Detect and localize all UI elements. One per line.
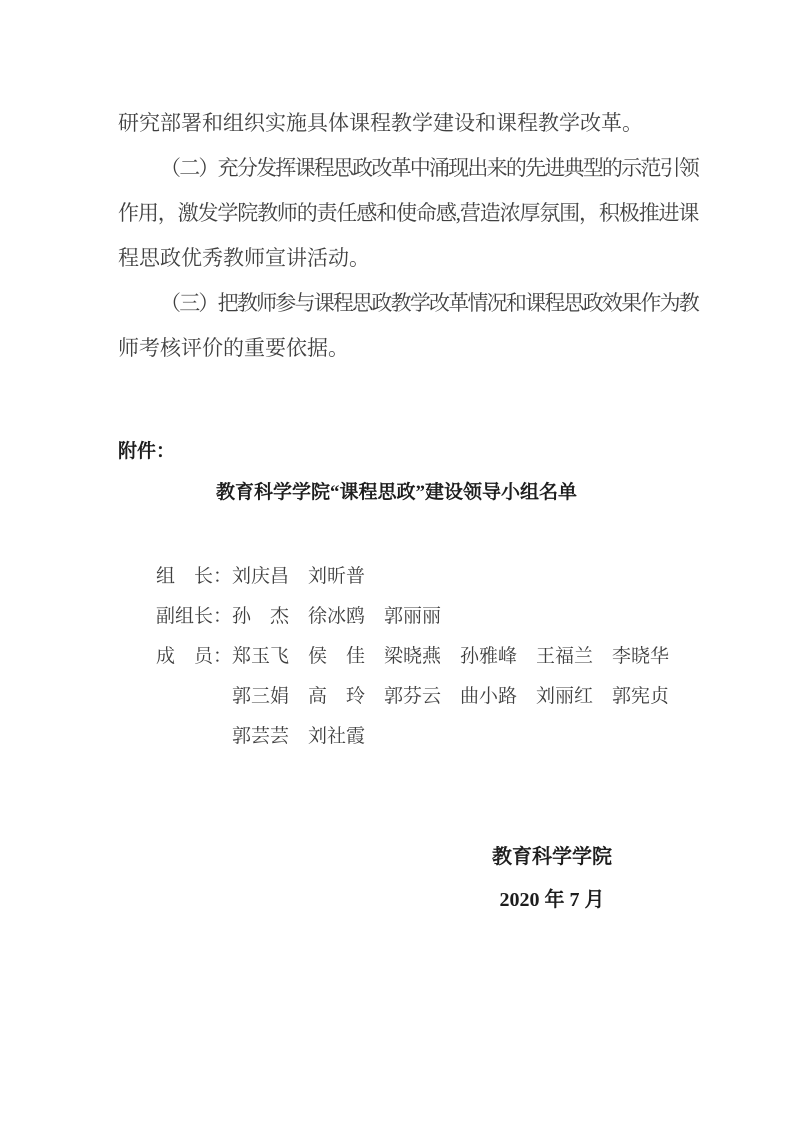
signature-date: 2020 年 7 月 [432,879,672,922]
roster-row-leader: 组 长：刘庆昌 刘昕普 [156,557,669,597]
roster-row-members-cont: 郭芸芸 刘社霞 [156,717,669,757]
document-page: 研究部署和组织实施具体课程教学建设和课程教学改革。 （二）充分发挥课程思政改革中… [0,0,793,1122]
attachment-label: 附件： [118,436,175,463]
signature-block: 教育科学学院 2020 年 7 月 [432,836,672,922]
paragraph-line: 程思政优秀教师宣讲活动。 [118,236,698,281]
roster-names: 刘庆昌 刘昕普 [232,566,365,587]
paragraph-line: 研究部署和组织实施具体课程教学建设和课程教学改革。 [118,101,698,146]
body-paragraphs: 研究部署和组织实施具体课程教学建设和课程教学改革。 （二）充分发挥课程思政改革中… [118,101,698,371]
roster-row-members: 成 员：郑玉飞 侯 佳 梁晓燕 孙雅峰 王福兰 李晓华 [156,637,669,677]
roster: 组 长：刘庆昌 刘昕普 副组长：孙 杰 徐冰鸥 郭丽丽 成 员：郑玉飞 侯 佳 … [156,557,669,757]
signature-org: 教育科学学院 [432,836,672,879]
roster-row-members-cont: 郭三娟 高 玲 郭芬云 曲小路 刘丽红 郭宪贞 [156,677,669,717]
roster-names: 郭三娟 高 玲 郭芬云 曲小路 刘丽红 郭宪贞 [232,686,669,707]
roster-role-label: 成 员： [156,637,232,677]
paragraph-line: 师考核评价的重要依据。 [118,326,698,371]
paragraph-line: （三）把教师参与课程思政教学改革情况和课程思政效果作为教 [118,281,698,326]
roster-row-deputy: 副组长：孙 杰 徐冰鸥 郭丽丽 [156,597,669,637]
roster-names: 郭芸芸 刘社霞 [232,726,365,747]
roster-names: 郑玉飞 侯 佳 梁晓燕 孙雅峰 王福兰 李晓华 [232,646,669,667]
roster-names: 孙 杰 徐冰鸥 郭丽丽 [232,606,441,627]
attachment-title: 教育科学学院“课程思政”建设领导小组名单 [0,477,793,504]
roster-role-label: 副组长： [156,597,232,637]
paragraph-line: 作用，激发学院教师的责任感和使命感,营造浓厚氛围，积极推进课 [118,191,698,236]
paragraph-line: （二）充分发挥课程思政改革中涌现出来的先进典型的示范引领 [118,146,698,191]
roster-role-label: 组 长： [156,557,232,597]
